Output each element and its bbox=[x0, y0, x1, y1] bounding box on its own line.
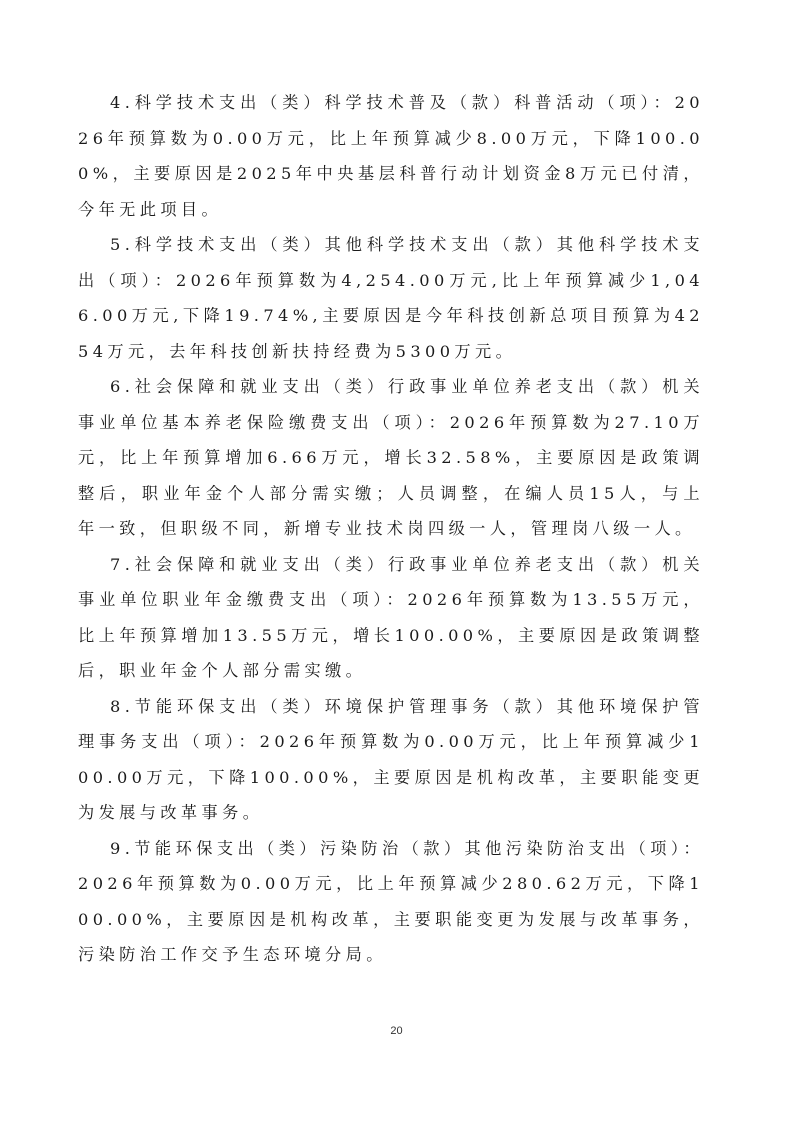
document-body: 4.科学技术支出（类）科学技术普及（款）科普活动（项）：2026年预算数为0.0… bbox=[78, 85, 704, 973]
paragraph-item-7: 7.社会保障和就业支出（类）行政事业单位养老支出（款）机关事业单位职业年金缴费支… bbox=[78, 547, 704, 689]
paragraph-item-9: 9.节能环保支出（类）污染防治（款）其他污染防治支出（项）：2026年预算数为0… bbox=[78, 831, 704, 973]
paragraph-item-8: 8.节能环保支出（类）环境保护管理事务（款）其他环境保护管理事务支出（项）：20… bbox=[78, 689, 704, 831]
paragraph-item-6: 6.社会保障和就业支出（类）行政事业单位养老支出（款）机关事业单位基本养老保险缴… bbox=[78, 369, 704, 547]
paragraph-item-4: 4.科学技术支出（类）科学技术普及（款）科普活动（项）：2026年预算数为0.0… bbox=[78, 85, 704, 227]
paragraph-item-5: 5.科学技术支出（类）其他科学技术支出（款）其他科学技术支出（项）：2026年预… bbox=[78, 227, 704, 369]
page-number: 20 bbox=[0, 1025, 793, 1037]
